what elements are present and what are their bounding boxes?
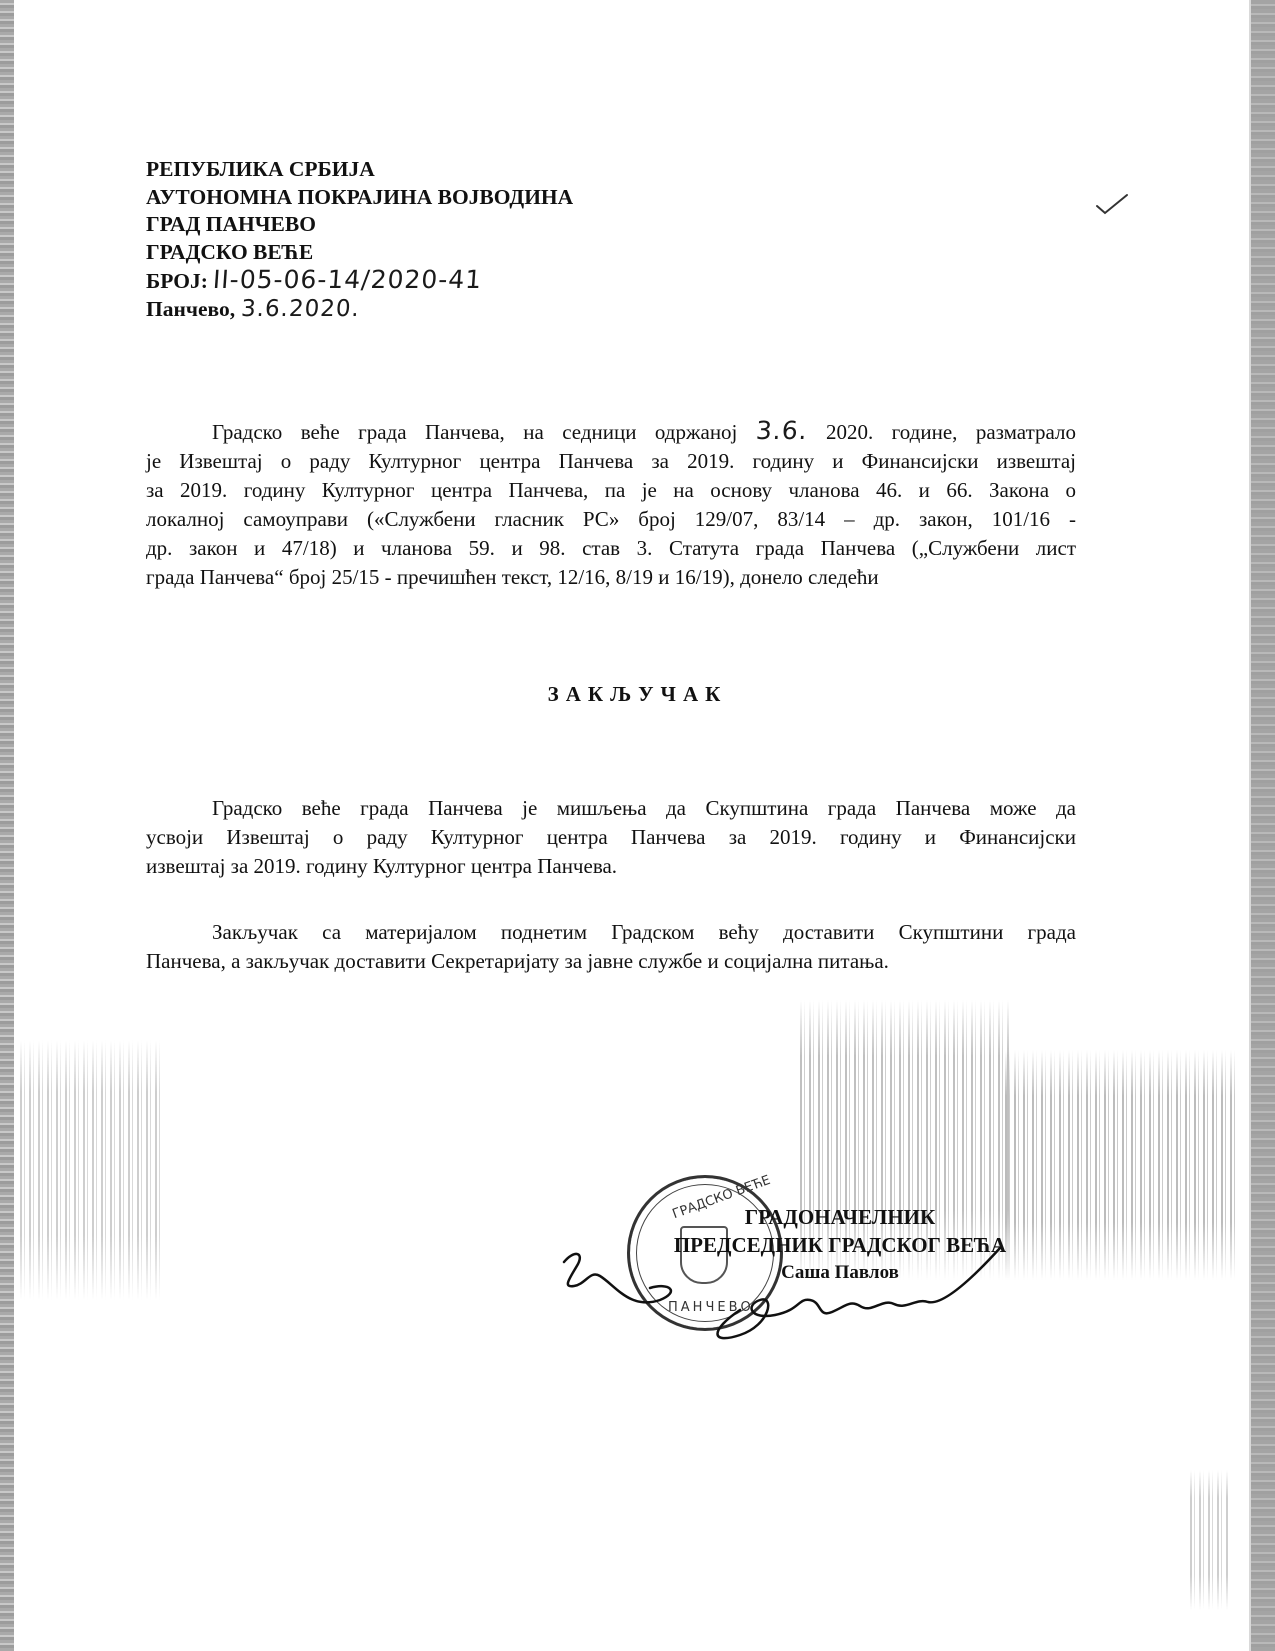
document-title: ЗАКЉУЧАК	[0, 682, 1275, 707]
header-line: ГРАДСКО ВЕЋЕ	[146, 239, 573, 267]
paragraph-line: др. закон и 47/18) и чланова 59. и 98. с…	[146, 534, 1076, 563]
delivery-paragraph: Закључак са материјалом поднетим Градско…	[146, 918, 1076, 976]
scan-edge-right	[1251, 0, 1275, 1651]
header-line: ГРАД ПАНЧЕВО	[146, 211, 573, 239]
session-date-handwritten: 3.6.	[755, 416, 809, 445]
paragraph-line: је Извештај о раду Културног центра Панч…	[146, 447, 1076, 476]
scan-noise	[1190, 1470, 1230, 1610]
signatory-title: ГРАДОНАЧЕЛНИК	[640, 1203, 1040, 1231]
paragraph-line: Градско веће града Панчева је мишљења да…	[146, 794, 1076, 823]
paragraph-line: извештај за 2019. годину Културног центр…	[146, 852, 1076, 881]
document-number-label: БРОЈ:	[146, 269, 208, 293]
header-line: АУТОНОМНА ПОКРАЈИНА ВОЈВОДИНА	[146, 184, 573, 212]
document-header: РЕПУБЛИКА СРБИЈА АУТОНОМНА ПОКРАЈИНА ВОЈ…	[146, 156, 573, 323]
paragraph-line: града Панчева“ број 25/15 - пречишћен те…	[146, 563, 1076, 592]
header-line: РЕПУБЛИКА СРБИЈА	[146, 156, 573, 184]
document-date-value: 3.6.2020.	[240, 296, 361, 324]
paragraph-line: Закључак са материјалом поднетим Градско…	[146, 918, 1076, 947]
handwritten-signature-icon	[560, 1240, 1020, 1350]
paragraph-line: Градско веће града Панчева, на седници о…	[146, 416, 1076, 447]
document-number: БРОЈ: II-05-06-14/2020-41	[146, 266, 573, 296]
checkmark-icon	[1095, 192, 1129, 216]
document-place-label: Панчево,	[146, 297, 235, 321]
document-number-value: II-05-06-14/2020-41	[212, 266, 483, 294]
paragraph-line: за 2019. годину Културног центра Панчева…	[146, 476, 1076, 505]
scan-edge-left	[0, 0, 14, 1651]
scan-noise	[20, 1040, 160, 1300]
document-date: Панчево, 3.6.2020.	[146, 296, 573, 324]
intro-paragraph: Градско веће града Панчева, на седници о…	[146, 416, 1076, 592]
paragraph-line: Панчева, а закључак доставити Секретариј…	[146, 947, 1076, 976]
conclusion-paragraph: Градско веће града Панчева је мишљења да…	[146, 794, 1076, 881]
paragraph-line: усвоји Извештај о раду Културног центра …	[146, 823, 1076, 852]
paragraph-line: локалној самоуправи («Службени гласник Р…	[146, 505, 1076, 534]
